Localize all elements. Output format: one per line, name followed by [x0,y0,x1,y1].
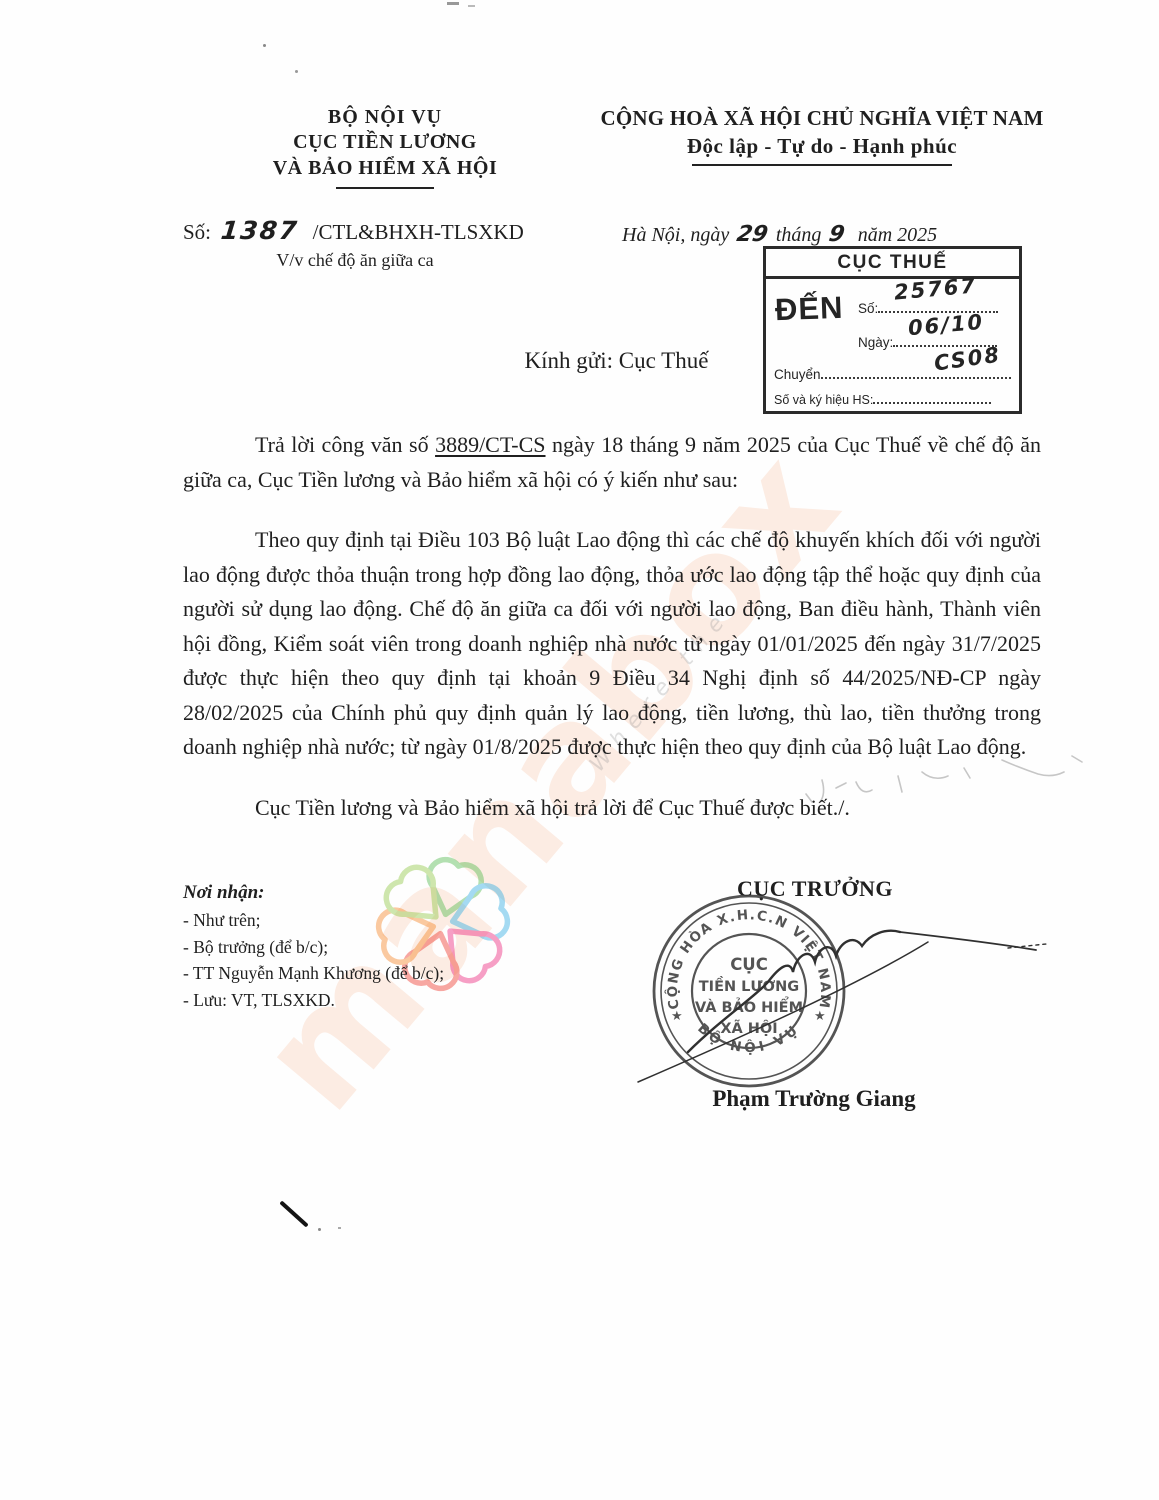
scan-mark [263,44,266,47]
p1-prefix: Trả lời công văn số [255,432,435,457]
document-number-line: Số:1387/CTL&BHXH-TLSXKD [183,216,524,245]
noi-nhan-item: - Như trên; [183,907,444,934]
arrival-hs-dotted-line [873,393,991,404]
doc-number-label: Số: [183,220,211,244]
date-prefix: Hà Nội, ngày [622,224,729,246]
noi-nhan-item: - Lưu: VT, TLSXKD. [183,987,444,1014]
p1-referenced-document: 3889/CT-CS [435,432,545,457]
date-day-handwritten: 29 [735,222,770,247]
document-subject: V/v chế độ ăn giữa ca [190,250,520,271]
noi-nhan-item: - TT Nguyễn Mạnh Khương (để b/c); [183,960,444,987]
signer-name: Phạm Trường Giang [618,1086,1010,1112]
national-header-block: CỘNG HOÀ XÃ HỘI CHỦ NGHĨA VIỆT NAM Độc l… [592,106,1052,166]
arrival-office: CỤC THUẾ [766,249,1019,279]
scan-mark [279,1200,308,1227]
parent-agency: BỘ NỘI VỤ [176,106,594,129]
director-signature [560,880,1060,1110]
scan-mark [295,70,298,73]
arrival-hs-row: Số và ký hiệu HS: [774,393,991,407]
paragraph-3: Cục Tiền lương và Bảo hiểm xã hội trả lờ… [183,791,1041,826]
agency-underline [336,187,434,189]
doc-number-handwritten: 1387 [219,216,300,245]
arrival-so-label: Số: [858,301,878,316]
noi-nhan-block: Nơi nhận: - Như trên; - Bộ trưởng (để b/… [183,882,444,1013]
noi-nhan-label: Nơi nhận: [183,882,444,904]
doc-number-symbol: /CTL&BHXH-TLSXKD [313,220,524,244]
issuing-agency-block: BỘ NỘI VỤ CỤC TIỀN LƯƠNG VÀ BẢO HIỂM XÃ … [176,106,594,189]
paragraph-2: Theo quy định tại Điều 103 Bộ luật Lao đ… [183,523,1041,765]
scan-mark [468,5,475,7]
letter-body: Trả lời công văn số 3889/CT-CS ngày 18 t… [183,428,1041,851]
date-month-handwritten: 9 [827,222,847,247]
arrival-ngay-label: Ngày: [858,335,893,350]
agency-name-line1: CỤC TIỀN LƯƠNG [176,129,594,155]
motto-underline [692,164,952,166]
national-title: CỘNG HOÀ XÃ HỘI CHỦ NGHĨA VIỆT NAM [592,106,1052,131]
agency-name-line2: VÀ BẢO HIỂM XÃ HỘI [176,155,594,181]
scan-mark [338,1227,341,1229]
arrival-hs-label: Số và ký hiệu HS: [774,393,873,407]
national-motto: Độc lập - Tự do - Hạnh phúc [592,134,1052,159]
date-mid: tháng [776,224,822,246]
place-date-line: Hà Nội, ngày29tháng9 năm 2025 [622,222,937,247]
scan-mark [447,2,459,5]
scan-mark [318,1228,321,1231]
scanned-official-letter: manabox Where the BỘ NỘI VỤ CỤC TIỀN LƯƠ… [0,0,1159,1500]
paragraph-1: Trả lời công văn số 3889/CT-CS ngày 18 t… [183,428,1041,497]
noi-nhan-item: - Bộ trưởng (để b/c); [183,934,444,961]
date-suffix: năm 2025 [858,224,937,246]
arrival-chuyen-dotted-line [821,368,1011,379]
arrival-den-label: ĐẾN [774,290,844,328]
arrival-chuyen-label: Chuyển [774,367,821,382]
arrival-stamp-box: CỤC THUẾ ĐẾN Số: 25767 Ngày: 06/10 Chuyể… [763,246,1022,414]
